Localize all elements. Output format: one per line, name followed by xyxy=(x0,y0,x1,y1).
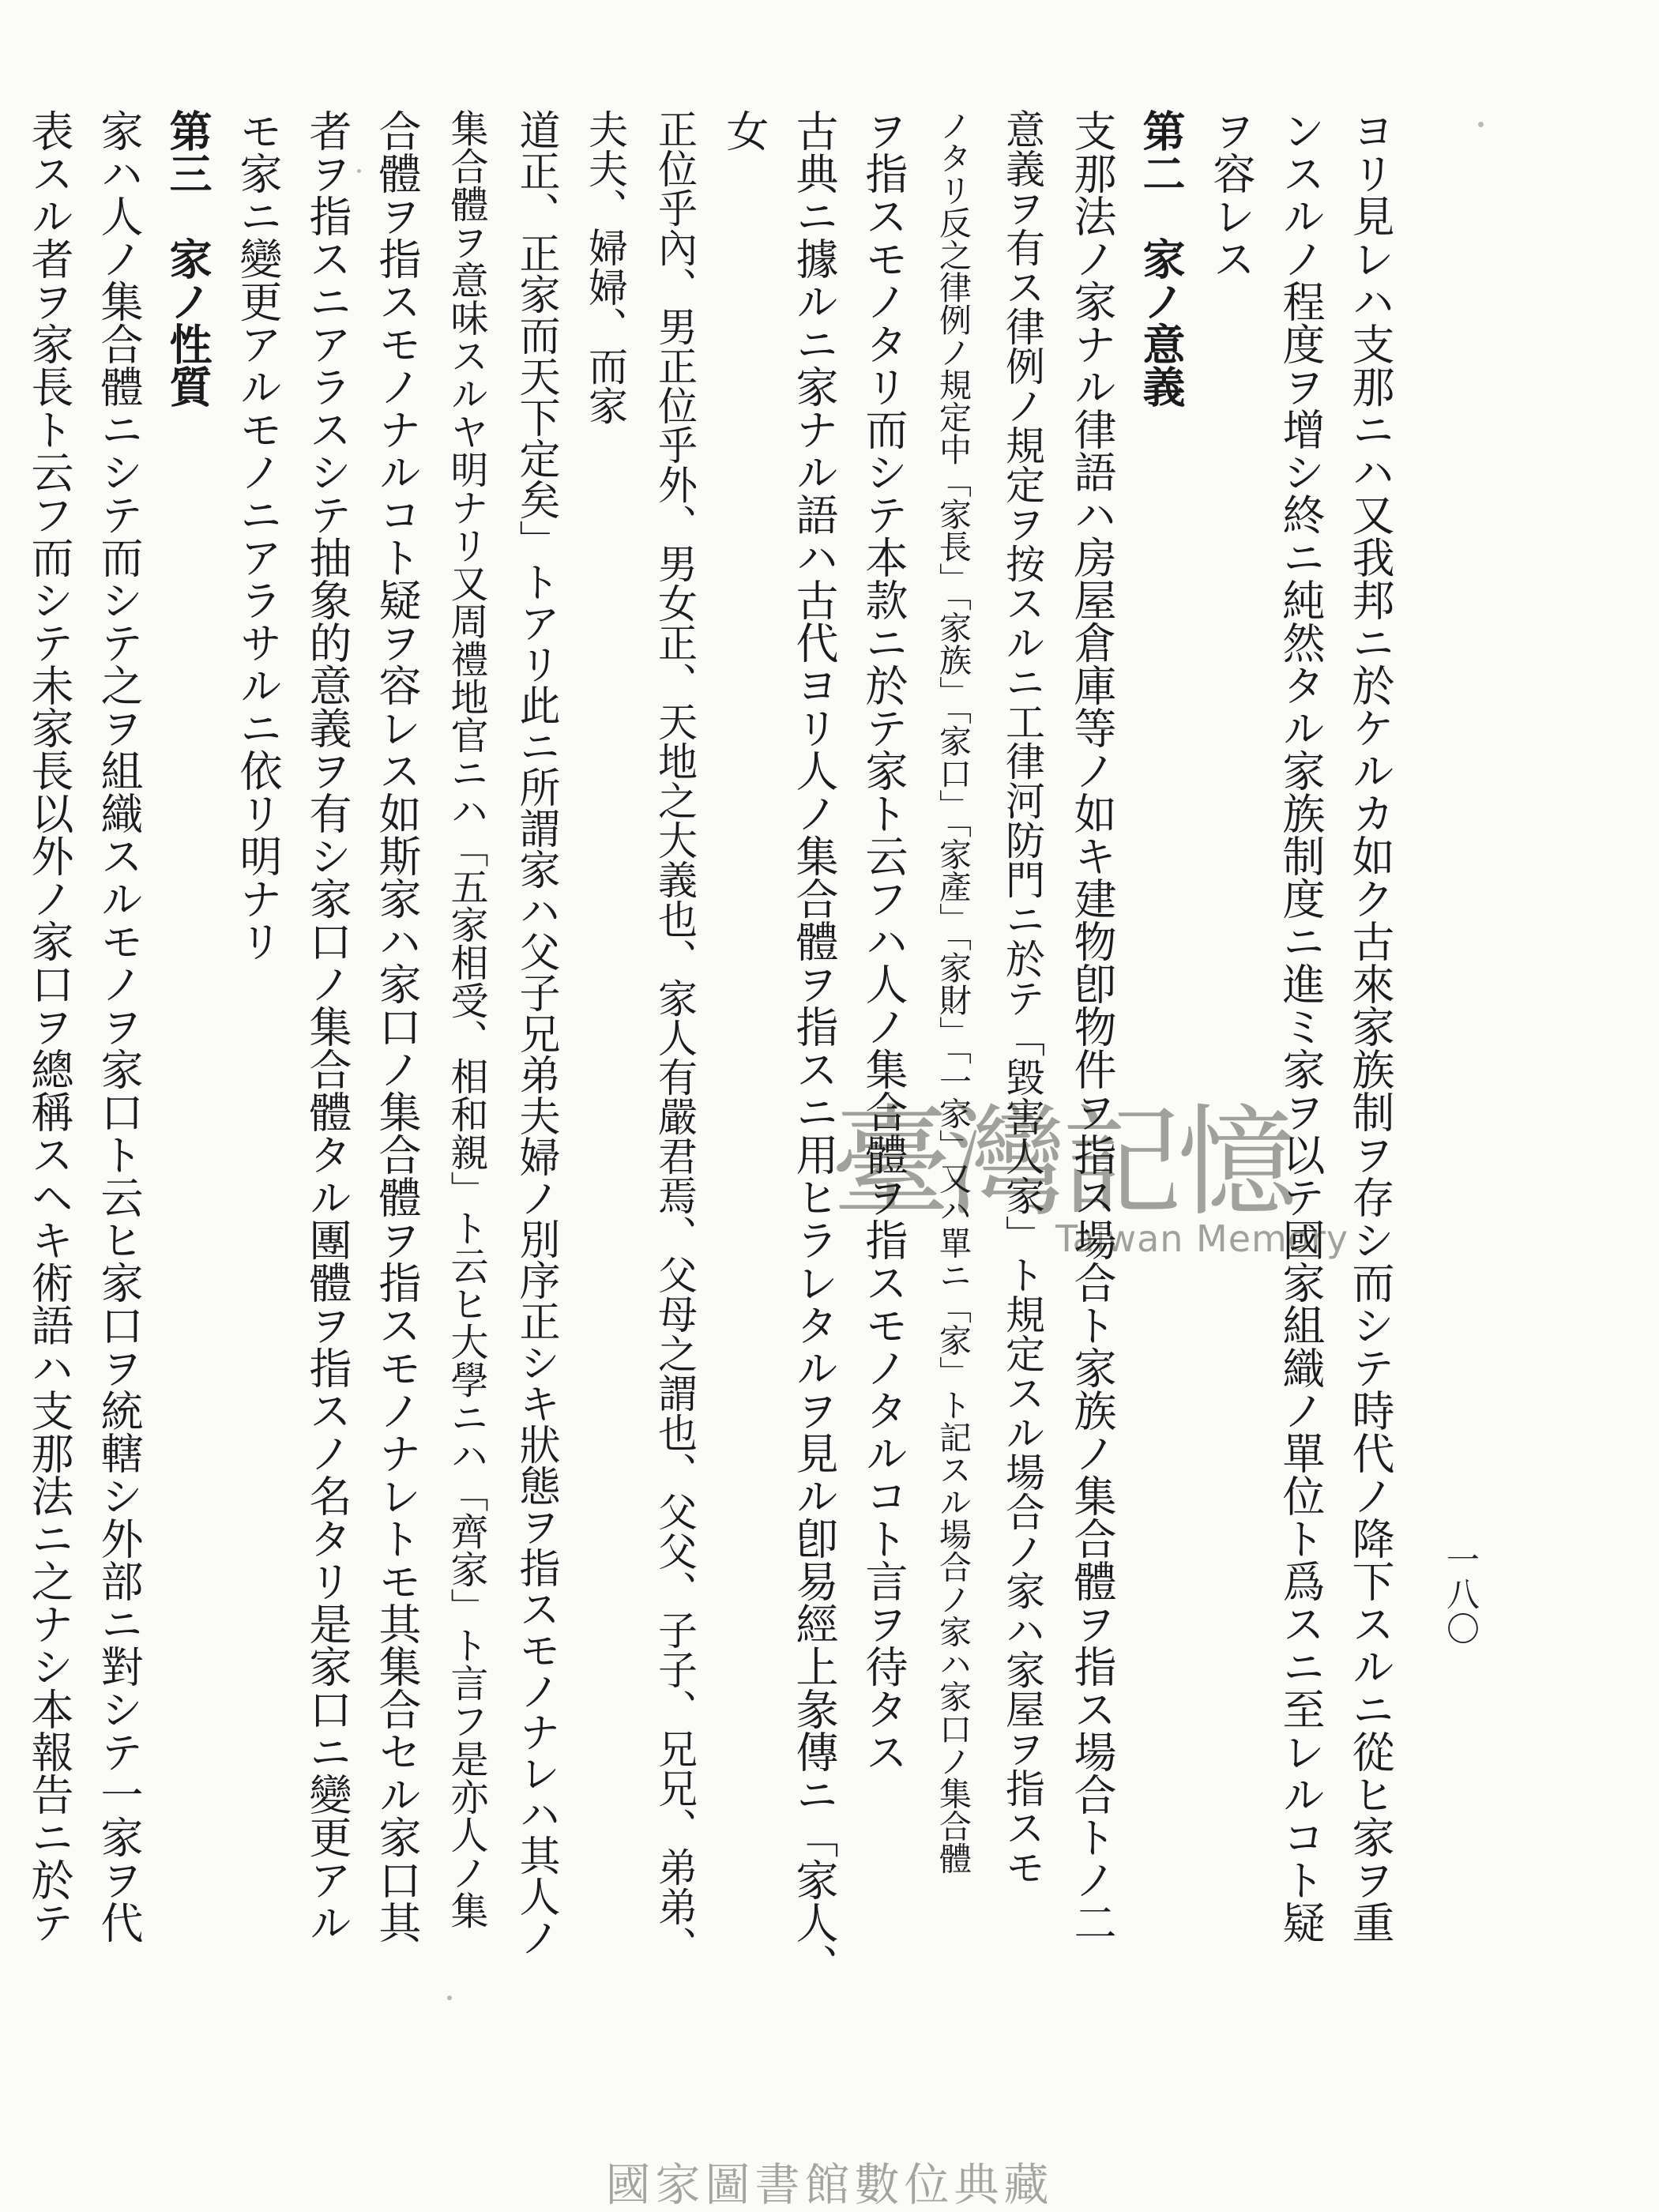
archive-footer: 國家圖書館數位典藏 xyxy=(0,2149,1659,2212)
text-column: 意義ヲ有ス律例ノ規定ヲ按スルニ工律河防門ニ於テ「毀害人家」ト規定スル場合ノ家ハ家… xyxy=(987,109,1057,2001)
section-heading-3: 第三 家ノ性質 xyxy=(153,109,223,2001)
scanned-document-page: { "page": { "page_number": "一八〇", "foote… xyxy=(0,0,1659,2212)
text-column: 合體ヲ指スモノナルコト疑ヲ容レス如斯家ハ家口ノ集合體ヲ指スモノナレトモ其集合セル… xyxy=(362,109,431,2001)
text-column: 支那法ノ家ナル律語ハ房屋倉庫等ノ如キ建物卽物件ヲ指ス場合ト家族ノ集合體ヲ指ス場合… xyxy=(1057,109,1127,2001)
page-number: 一八〇 xyxy=(1443,1542,1479,1646)
text-column: ヲ指スモノタリ而シテ本款ニ於テ家ト云フハ人ノ集合體ヲ指スモノタルコト言ヲ待タス xyxy=(848,109,918,2001)
text-column: 道正、正家而天下定矣」トアリ此ニ所謂家ハ父子兄弟夫婦ノ別序正シキ狀態ヲ指スモノナ… xyxy=(501,109,570,2001)
text-column: 表スル者ヲ家長ト云フ而シテ未家長以外ノ家口ヲ總稱スヘキ術語ハ支那法ニ之ナシ本報告… xyxy=(14,109,84,2001)
text-column: ヲ容レス xyxy=(1196,109,1266,2001)
text-column: 者ヲ指スニアラスシテ抽象的意義ヲ有シ家口ノ集合體タル團體ヲ指スノ名タリ是家口ニ變… xyxy=(292,109,362,2001)
text-column: ヨリ見レハ支那ニハ又我邦ニ於ケルカ如ク古來家族制ヲ存シ而シテ時代ノ降下スルニ從ヒ… xyxy=(1335,109,1405,2001)
text-column: 集合體ヲ意味スルヤ明ナリ又周禮地官ニハ「五家相受、相和親」ト云ヒ大學ニハ「齊家」… xyxy=(431,109,501,2001)
section-heading-2: 第二 家ノ意義 xyxy=(1127,109,1196,2001)
text-column: 古典ニ據ルニ家ナル語ハ古代ヨリ人ノ集合體ヲ指スニ用ヒラレタルヲ見ル卽易經上彖傳ニ… xyxy=(709,109,848,2001)
text-column: ンスルノ程度ヲ增シ終ニ純然タル家族制度ニ進ミ家ヲ以テ國家組織ノ單位ト爲スニ至レル… xyxy=(1266,109,1335,2001)
scan-speck xyxy=(1478,122,1484,127)
text-column: 正位乎內、男正位乎外、男女正、天地之大義也、家人有嚴君焉、父母之謂也、父父、子子… xyxy=(570,109,709,2001)
body-text-block: ヨリ見レハ支那ニハ又我邦ニ於ケルカ如ク古來家族制ヲ存シ而シテ時代ノ降下スルニ從ヒ… xyxy=(152,109,1405,2001)
text-column: ノタリ反之律例ノ規定中「家長」「家族」「家口」「家產」「家財」「一家」又ハ單ニ「… xyxy=(918,109,987,2001)
text-column: モ家ニ變更アルモノニアラサルニ依リ明ナリ xyxy=(223,109,292,2001)
text-column: 家ハ人ノ集合體ニシテ而シテ之ヲ組織スルモノヲ家口ト云ヒ家口ヲ統轄シ外部ニ對シテ一… xyxy=(84,109,153,2001)
